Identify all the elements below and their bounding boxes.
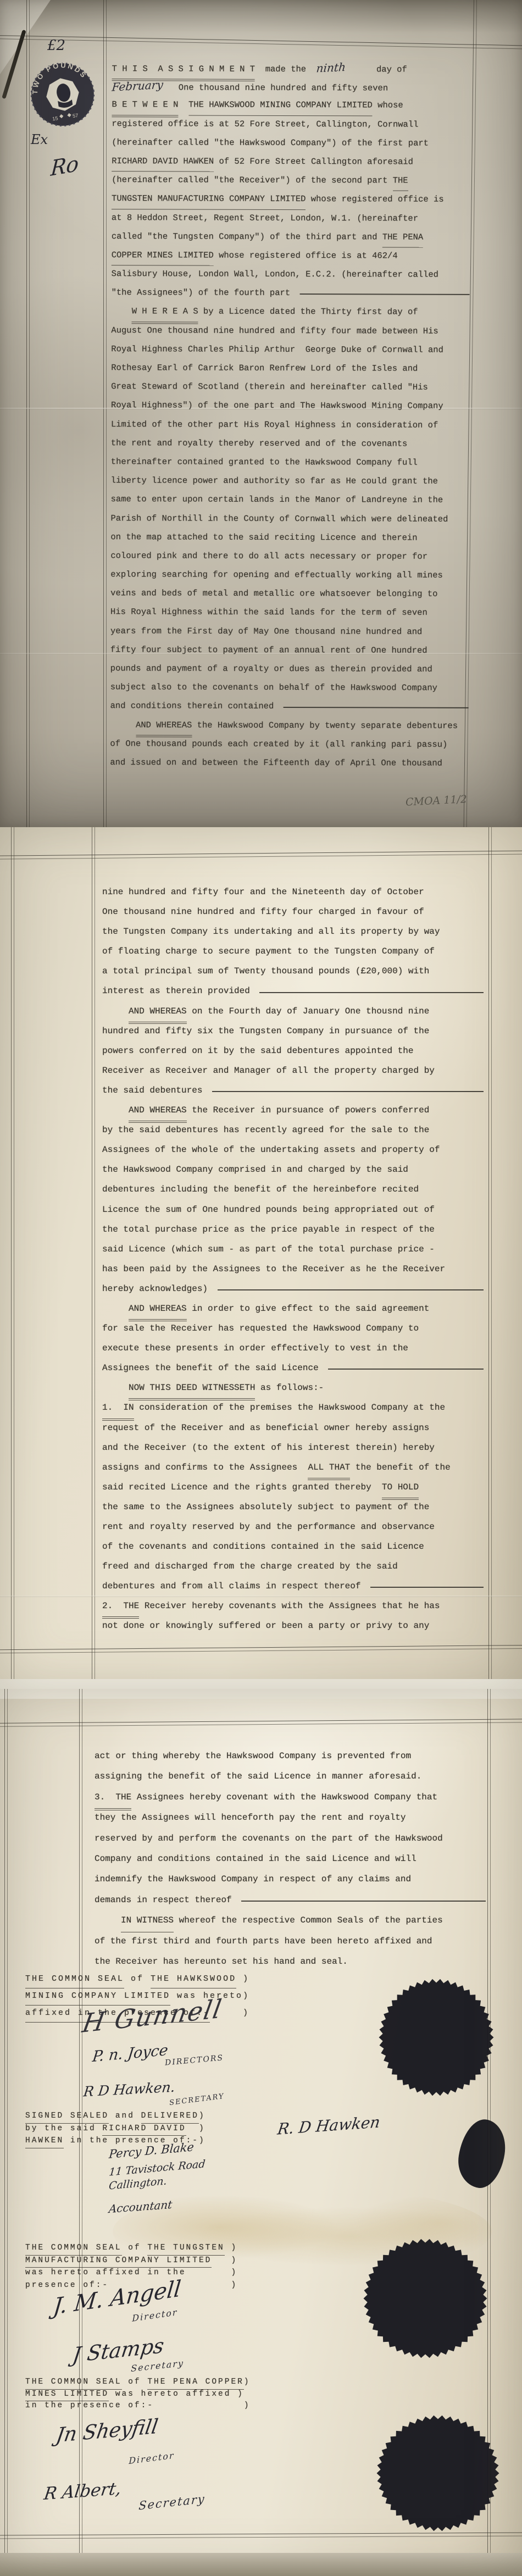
left-ruled-line (4, 1689, 8, 2576)
bottom-ruled-line (0, 2532, 522, 2539)
deed-page-2: nine hundred and fifty four and the Nine… (0, 827, 522, 1689)
typed-line: Assignees the benefit of the said Licenc… (102, 1358, 484, 1378)
typed-line: and conditions therein contained (110, 697, 469, 717)
deed-page-1: £2 TWO POUNDS 15 57 Ex Ro T H I S A S S … (0, 0, 522, 827)
secretary-caption: Secretary (138, 2492, 206, 2512)
typed-line: reserved by and perform the covenants on… (95, 1829, 486, 1849)
filler-rule (259, 992, 484, 993)
typed-line: His Royal Highness within the said lands… (110, 603, 469, 623)
typed-line: "the Assignees") of the fourth part (112, 283, 470, 303)
top-ruled-line (0, 1719, 522, 1727)
typed-line: August One thousand nine hundred and fif… (111, 321, 469, 341)
typed-line: assigns and confirms to the Assignees AL… (102, 1458, 484, 1477)
secretary-signature: R Albert, (43, 2479, 123, 2504)
typed-line: THE COMMON SEAL of THE PENA COPPER) (25, 2376, 284, 2389)
typed-line: debentures and from all claims in respec… (102, 1576, 484, 1596)
typed-line: freed and discharged from the charge cre… (102, 1556, 484, 1576)
typed-line: request of the Receiver and as beneficia… (102, 1418, 484, 1438)
typed-line: COPPER MINES LIMITED whose registered of… (112, 246, 470, 265)
typed-line: act or thing whereby the Hawkswood Compa… (95, 1746, 486, 1766)
typed-line: execute these presents in order effectiv… (102, 1338, 484, 1358)
typed-line: years from the First day of May One thou… (110, 622, 469, 641)
typed-line: of floating charge to secure payment to … (102, 941, 484, 961)
director-signature: Jn Sheyfill (54, 2416, 159, 2447)
typed-line: the said debentures (102, 1081, 484, 1100)
bottom-ruled-line (0, 1645, 522, 1654)
typed-line: exploring searching for opening and effe… (110, 565, 469, 585)
stamp-year-right: 57 (72, 113, 79, 119)
typed-line: February One thousand nine hundred and f… (112, 76, 470, 96)
typed-line: registered office is at 52 Fore Street, … (112, 114, 470, 134)
secretary-caption: Secretary (131, 2358, 184, 2374)
typed-line: thereinafter contained granted to the Ha… (111, 452, 469, 472)
typed-line: rent and royalty reserved by and the per… (102, 1517, 484, 1537)
revenue-stamp-area: £2 TWO POUNDS 15 57 Ex Ro (25, 37, 119, 202)
filler-rule (299, 293, 469, 295)
typed-line: the rent and royalty thereby reserved an… (111, 434, 469, 453)
typed-line: a total principal sum of Twenty thousand… (102, 961, 484, 981)
typed-line: has been paid by the Assignees to the Re… (102, 1259, 484, 1279)
left-ruled-line (11, 827, 14, 1689)
attestation-receiver: SIGNED SEALED and DELIVERED)by the said … (25, 2110, 267, 2147)
typed-line: liberty licence power and authority so f… (111, 471, 469, 491)
filler-rule (212, 1091, 484, 1092)
typed-line: Company and conditions contained in the … (95, 1849, 486, 1869)
typed-line: Salisbury House, London Wall, London, E.… (112, 264, 470, 284)
typed-line: Great Steward of Scotland (therein and h… (111, 377, 469, 397)
typed-line: fifty four subject to payment of an annu… (110, 640, 469, 660)
typed-line: of One thousand pounds each created by i… (110, 734, 468, 754)
typed-line: 3. THE Assignees hereby covenant with th… (95, 1787, 486, 1808)
secretary-signature: R D Hawken. (82, 2079, 176, 2100)
typed-line: (hereinafter called "the Hawkswood Compa… (112, 133, 470, 153)
typed-line: AND WHEREAS in order to give effect to t… (102, 1299, 484, 1319)
filler-rule (328, 1369, 484, 1370)
typed-line: assigning the benefit of the said Licenc… (95, 1766, 486, 1787)
directors-caption: DIRECTORS (165, 2053, 224, 2067)
deed-text-page-1: T H I S A S S I G N M E N T made the nin… (110, 58, 470, 773)
typed-line: One thousand nine hundred and fifty four… (102, 902, 484, 922)
typed-line: debentures including the benefit of the … (102, 1179, 484, 1199)
hawkswood-company-seal (378, 1978, 495, 2097)
typed-line: AND WHEREAS the Hawkswood Company by twe… (110, 716, 468, 735)
typed-line: same to enter upon certain lands in the … (111, 490, 469, 509)
deed-text-page-3: act or thing whereby the Hawkswood Compa… (95, 1746, 486, 1972)
filler-rule (370, 1587, 484, 1588)
receiver-wax-seal (454, 2116, 510, 2191)
top-ruled-line (0, 850, 522, 859)
typed-line: interest as therein provided (102, 981, 484, 1001)
typed-line: RICHARD DAVID HAWKEN of 52 Fore Street C… (112, 152, 470, 171)
filler-rule (218, 1289, 484, 1290)
typed-line: called "the Tungsten Company") of the th… (112, 227, 470, 247)
document-photo: { "colors":{"seal":"#17171e","stamp":"#2… (0, 0, 522, 2576)
typed-line: pounds and payment of a royalty or dues … (110, 659, 469, 679)
typed-line: they the Assignees will henceforth pay t… (95, 1808, 486, 1828)
typed-line: 1. IN consideration of the premises the … (102, 1398, 484, 1417)
typed-line: MANUFACTURING COMPANY LIMITED ) (25, 2254, 267, 2267)
typed-line: T H I S A S S I G N M E N T made the nin… (112, 58, 470, 77)
director-signature: P. n. Joyce (91, 2042, 169, 2065)
archive-reference-note: CMOA 11/2 (406, 793, 468, 808)
page-edge (0, 2553, 522, 2576)
typed-line: veins and beds of metal and metallic ore… (110, 584, 469, 603)
typed-line: the Receiver has hereunto set his hand a… (95, 1952, 486, 1972)
secretary-caption: SECRETARY (169, 2092, 225, 2107)
typed-line: indemnify the Hawkswood Company in respe… (95, 1869, 486, 1890)
receiver-signature: R. D Hawken (276, 2113, 381, 2138)
typed-line: the total purchase price as the price pa… (102, 1220, 484, 1239)
typed-line: of the first third and fourth parts have… (95, 1931, 486, 1952)
right-ruled-line (488, 827, 492, 1689)
typed-line: Limited of the other part His Royal High… (111, 415, 469, 435)
typed-line: in the presence of:- ) (25, 2400, 284, 2412)
director-caption: Director (129, 2450, 174, 2466)
typed-line: nine hundred and fifty four and the Nine… (102, 882, 484, 902)
typed-line: by the said debentures has recently agre… (102, 1120, 484, 1140)
margin-ruled-line (92, 827, 95, 1689)
typed-line: B E T W E E N THE HAWKSWOOD MINING COMPA… (112, 96, 470, 115)
typed-line: said Licence (which sum - as part of the… (102, 1239, 484, 1259)
typed-line: hereby acknowledges) (102, 1279, 484, 1299)
page-edge (0, 1689, 522, 1699)
typed-line: IN WITNESS whereof the respective Common… (95, 1910, 486, 1931)
typed-line: THE COMMON SEAL of THE HAWKSWOOD ) (25, 1970, 267, 1987)
typed-line: NOW THIS DEED WITNESSETH as follows:- (102, 1378, 484, 1398)
typed-line: Royal Highness") of the one part and The… (111, 396, 469, 416)
typed-line: Licence the sum of One hundred pounds be… (102, 1200, 484, 1220)
two-pounds-stamp: TWO POUNDS 15 57 (24, 56, 101, 133)
director-caption: Director (132, 2307, 177, 2324)
typed-line: Receiver as Receiver and Manager of all … (102, 1061, 484, 1081)
typed-line: of the covenants and conditions containe… (102, 1537, 484, 1556)
typed-line: subject also to the covenants on behalf … (110, 678, 469, 697)
typed-line: TUNGSTEN MANUFACTURING COMPANY LIMITED w… (112, 189, 470, 209)
typed-line: AND WHEREAS on the Fourth day of January… (102, 1001, 484, 1021)
typed-line: hundred and fifty six the Tungsten Compa… (102, 1021, 484, 1041)
deed-page-3: act or thing whereby the Hawkswood Compa… (0, 1689, 522, 2576)
typed-line: W H E R E A S by a Licence dated the Thi… (111, 302, 469, 322)
typed-line: SIGNED SEALED and DELIVERED) (25, 2110, 267, 2123)
typed-line: said recited Licence and the rights gran… (102, 1477, 484, 1497)
typed-line: Parish of Northill in the County of Corn… (110, 509, 469, 529)
typed-line: on the map attached to the said reciting… (110, 528, 469, 547)
filler-rule (241, 1901, 486, 1902)
typed-line: Assignees of the whole of the undertakin… (102, 1140, 484, 1160)
typed-line: MINES LIMITED was hereto affixed ) (25, 2389, 284, 2401)
typed-line: by the said RICHARD DAVID ) (25, 2123, 267, 2135)
typed-line: (hereinafter called "the Receiver") of t… (112, 170, 470, 190)
typed-line: Royal Highness Charles Philip Arthur Geo… (111, 340, 469, 359)
typed-line: and issued on and between the Fifteenth … (110, 753, 468, 773)
deed-text-page-2: nine hundred and fifty four and the Nine… (102, 882, 484, 1636)
typed-line: Rothesay Earl of Carrick Baron Renfrew L… (111, 358, 469, 378)
handwritten-initials: Ro (50, 151, 80, 181)
typed-line: at 8 Heddon Street, Regent Street, Londo… (112, 208, 470, 228)
typed-line: AND WHEREAS the Receiver in pursuance of… (102, 1100, 484, 1120)
typed-line: for sale the Receiver has requested the … (102, 1319, 484, 1338)
handwritten-initials: Ex (31, 132, 48, 147)
typed-line: THE COMMON SEAL of THE TUNGSTEN ) (25, 2242, 267, 2254)
stamp-year-left: 15 (52, 115, 59, 121)
typed-line: was hereto affixed in the ) (25, 2267, 267, 2279)
attestation-pena-copper: THE COMMON SEAL of THE PENA COPPER)MINES… (25, 2376, 284, 2412)
typed-line: the same to the Assignees absolutely sub… (102, 1497, 484, 1517)
typed-line: coloured pink and there to do all acts n… (110, 546, 469, 566)
typed-line: 2. THE Receiver hereby covenants with th… (102, 1596, 484, 1616)
typed-line: the Tungsten Company its undertaking and… (102, 922, 484, 941)
typed-line: demands in respect thereof (95, 1890, 486, 1910)
typed-line: the Hawkswood Company comprised in and c… (102, 1160, 484, 1179)
pena-copper-company-seal (376, 2414, 500, 2532)
handwritten-two-pounds: £2 (47, 37, 65, 54)
typed-line: powers conferred on it by the said deben… (102, 1041, 484, 1061)
filler-rule (284, 707, 469, 708)
tungsten-company-seal (363, 2238, 488, 2359)
page-edge (0, 1679, 522, 1689)
typed-line: not done or knowingly suffered or been a… (102, 1616, 484, 1636)
typed-line: and the Receiver (to the extent of his i… (102, 1438, 484, 1458)
